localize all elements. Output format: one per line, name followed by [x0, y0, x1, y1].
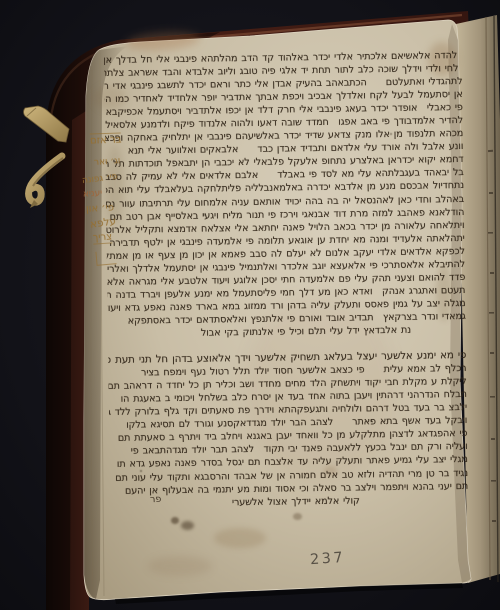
folio-number: 237 [309, 550, 345, 568]
margin-note: בר אזם [90, 132, 122, 146]
catchword: פר [150, 494, 162, 505]
margin-note: יעניא [83, 188, 103, 199]
margin-note: וג׳ ואר [94, 156, 121, 168]
margin-note: פי׳ און [86, 202, 114, 214]
margin-note-bracket [95, 250, 116, 266]
margin-note: צריך [93, 231, 113, 244]
manuscript-text-block: להדה אלאשיאם אלכתיר אלדי יכדר באלהוד קד … [104, 49, 468, 511]
manuscript-photo: להדה אלאשיאם אלכתיר אלדי יכדר באלהוד קד … [0, 0, 500, 610]
